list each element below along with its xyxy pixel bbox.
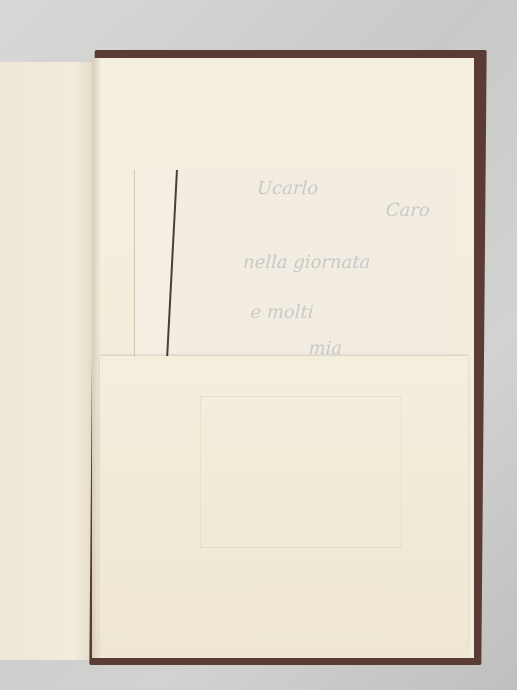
pocket-shadow (200, 396, 402, 548)
left-page (0, 62, 92, 660)
letter-line: nella giornata (243, 252, 371, 273)
handwritten-letter: Ucarlo Caro nella giornata e molti mia (166, 170, 458, 360)
letter-line: Ucarlo (256, 178, 318, 199)
letter-line: Caro (385, 200, 430, 221)
gutter (92, 58, 100, 658)
letter-line: e molti (250, 302, 314, 323)
book-pocket (100, 356, 468, 656)
